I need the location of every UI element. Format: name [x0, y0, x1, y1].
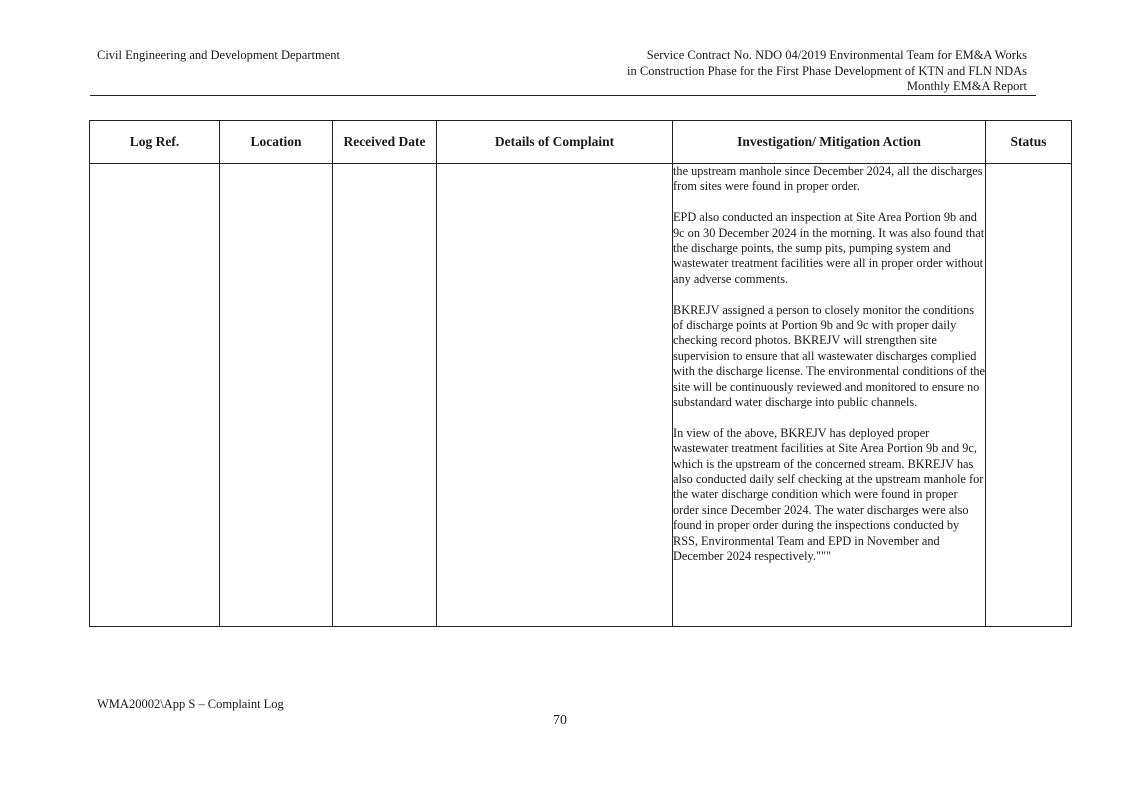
header-department: Civil Engineering and Development Depart… — [97, 48, 340, 63]
column-header-status: Status — [986, 121, 1072, 164]
column-header-log-ref: Log Ref. — [90, 121, 220, 164]
table-row: the upstream manhole since December 2024… — [90, 164, 1072, 627]
cell-log-ref — [90, 164, 220, 627]
header-report-title: Monthly EM&A Report — [627, 79, 1027, 95]
column-header-details: Details of Complaint — [437, 121, 673, 164]
page-number: 70 — [553, 713, 567, 729]
column-header-investigation: Investigation/ Mitigation Action — [673, 121, 986, 164]
investigation-paragraph: BKREJV assigned a person to closely moni… — [673, 303, 985, 411]
column-header-location: Location — [220, 121, 333, 164]
investigation-paragraph: EPD also conducted an inspection at Site… — [673, 210, 985, 287]
table-header-row: Log Ref. Location Received Date Details … — [90, 121, 1072, 164]
header-divider — [90, 95, 1036, 96]
cell-location — [220, 164, 333, 627]
cell-received-date — [333, 164, 437, 627]
cell-details — [437, 164, 673, 627]
footer-document-reference: WMA20002\App S – Complaint Log — [97, 697, 284, 712]
cell-investigation: the upstream manhole since December 2024… — [673, 164, 986, 627]
investigation-paragraph: In view of the above, BKREJV has deploye… — [673, 426, 985, 565]
complaint-log-table: Log Ref. Location Received Date Details … — [89, 120, 1072, 627]
header-contract-line-1: Service Contract No. NDO 04/2019 Environ… — [627, 48, 1027, 64]
column-header-received-date: Received Date — [333, 121, 437, 164]
header-contract-line-2: in Construction Phase for the First Phas… — [627, 64, 1027, 80]
investigation-paragraph: the upstream manhole since December 2024… — [673, 164, 985, 195]
header-contract-info: Service Contract No. NDO 04/2019 Environ… — [627, 48, 1027, 95]
cell-status — [986, 164, 1072, 627]
